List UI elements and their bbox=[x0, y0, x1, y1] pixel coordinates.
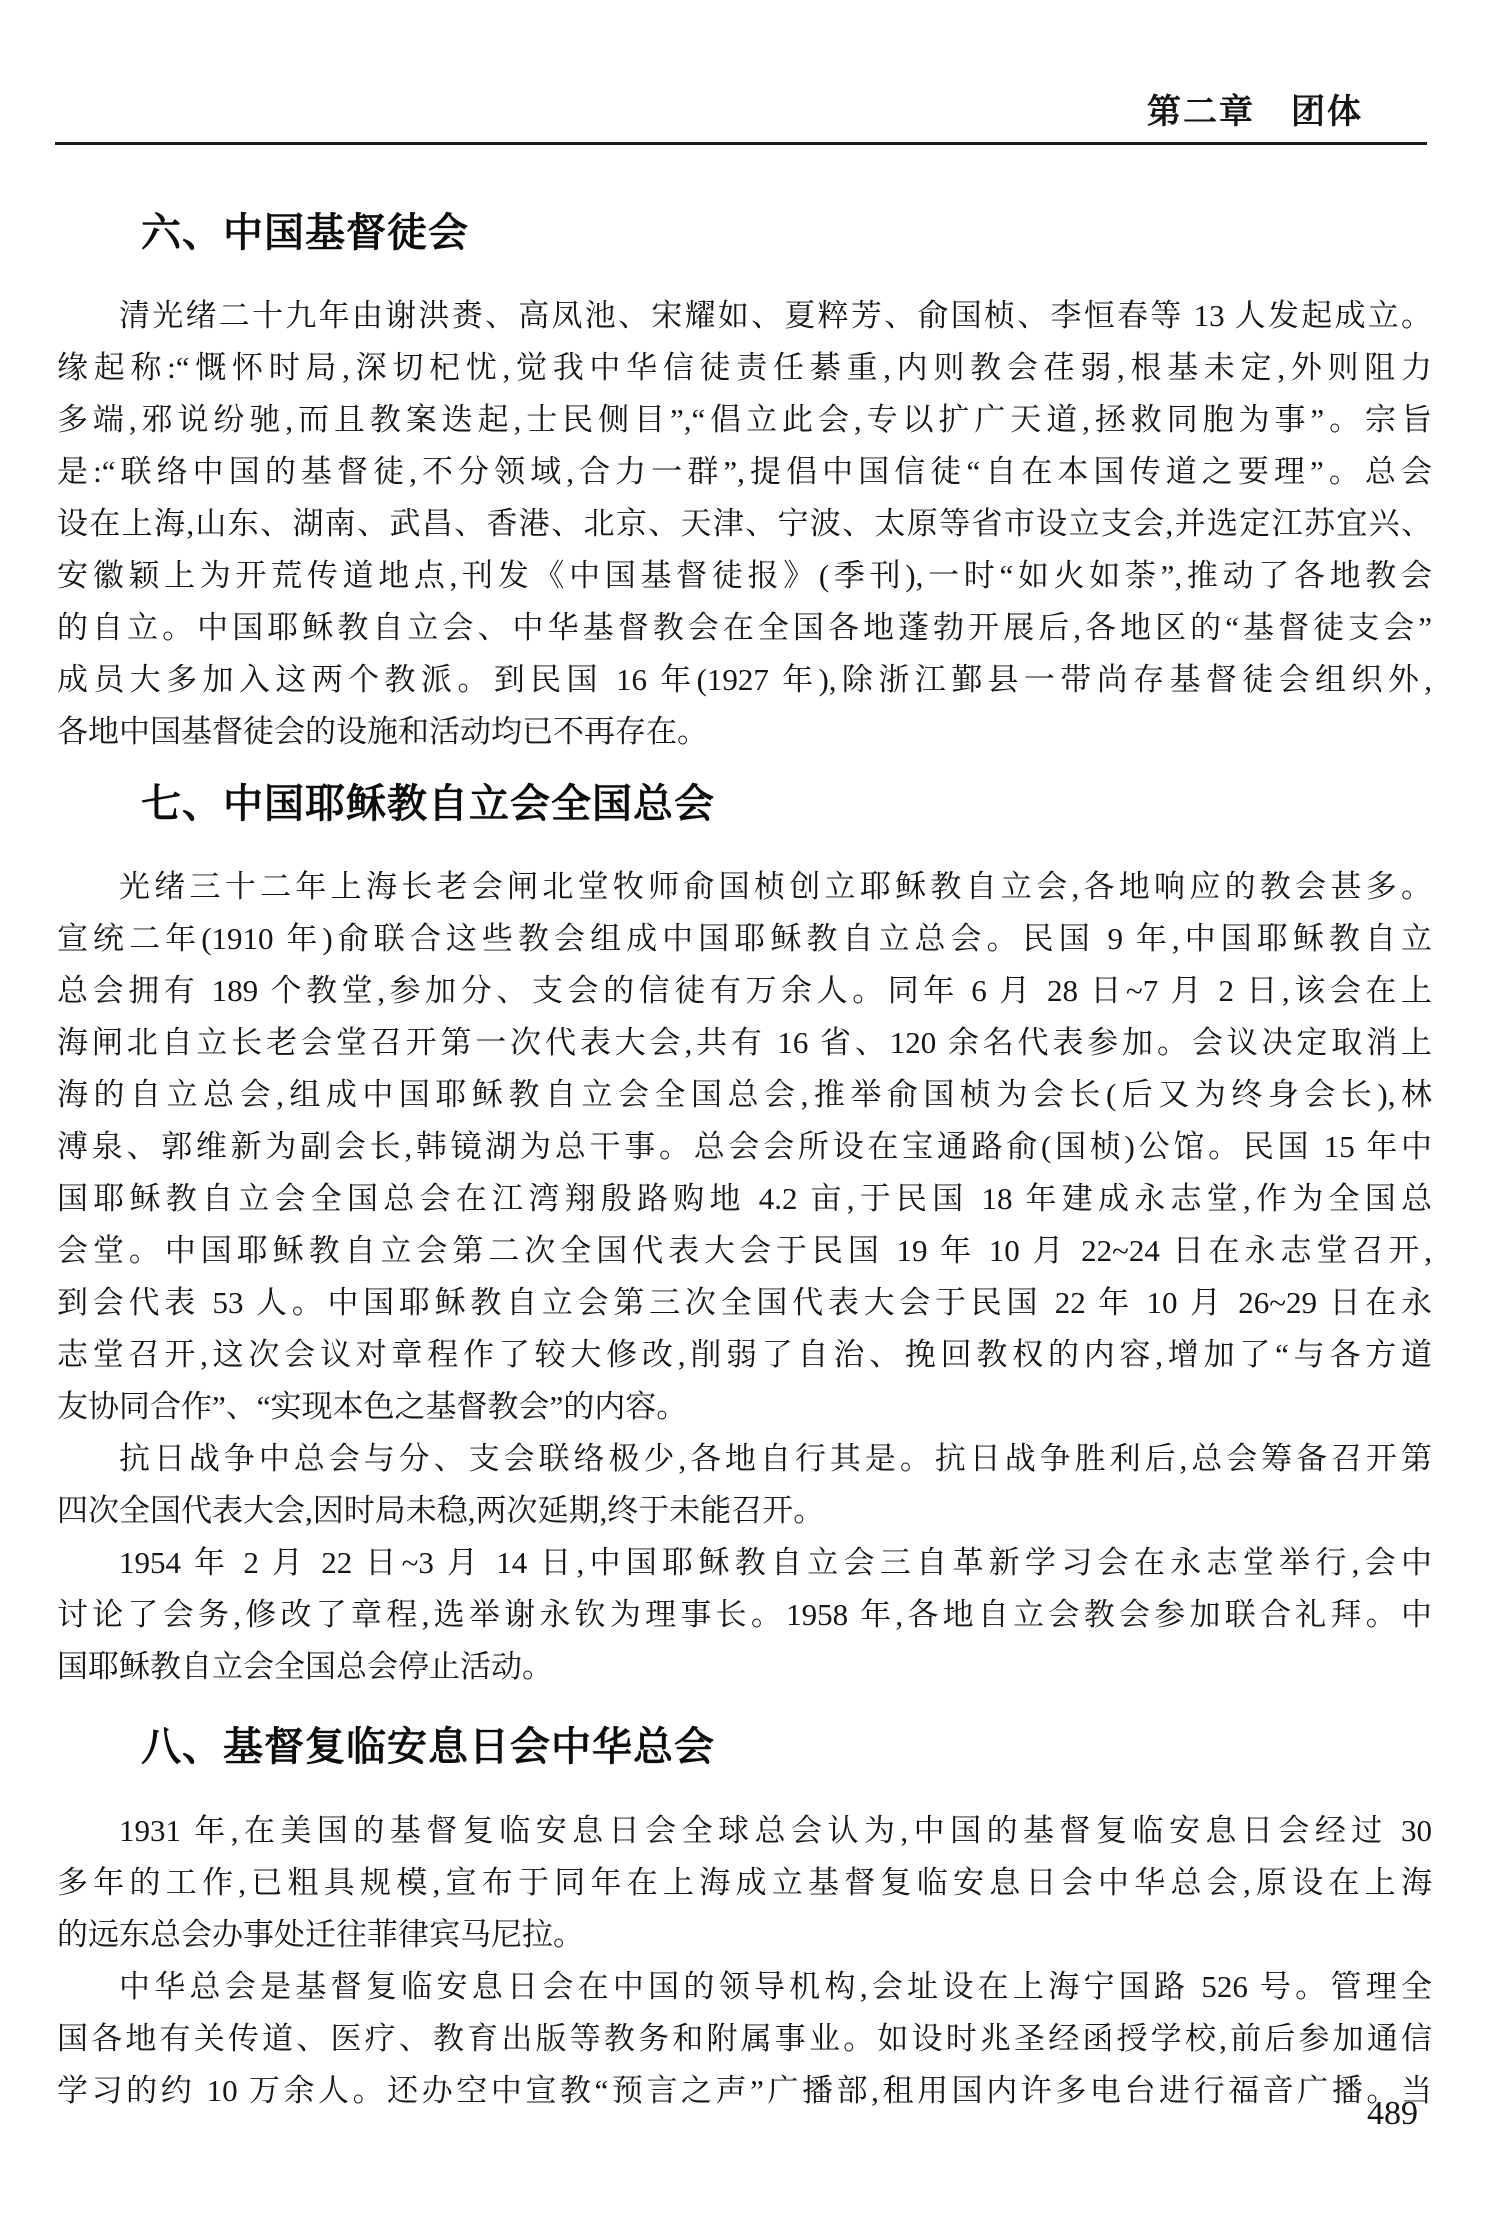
text-line: 四次全国代表大会,因时局未稳,两次延期,终于未能召开。 bbox=[57, 1485, 1432, 1537]
text-line: 的自立。中国耶稣教自立会、中华基督教会在全国各地蓬勃开展后,各地区的“基督徒支会… bbox=[57, 602, 1432, 654]
text-line: 安徽颖上为开荒传道地点,刊发《中国基督徒报》(季刊),一时“如火如荼”,推动了各… bbox=[57, 550, 1432, 602]
text-line: 设在上海,山东、湖南、武昌、香港、北京、天津、宁波、太原等省市设立支会,并选定江… bbox=[57, 498, 1432, 550]
page-number: 489 bbox=[1367, 2094, 1418, 2134]
text-line: 中华总会是基督复临安息日会在中国的领导机构,会址设在上海宁国路 526 号。管理… bbox=[57, 1961, 1432, 2013]
paragraph: 中华总会是基督复临安息日会在中国的领导机构,会址设在上海宁国路 526 号。管理… bbox=[57, 1961, 1432, 2117]
text-line: 清光绪二十九年由谢洪赉、高凤池、宋耀如、夏粹芳、俞国桢、李恒春等 13 人发起成… bbox=[57, 290, 1432, 342]
text-line: 抗日战争中总会与分、支会联络极少,各地自行其是。抗日战争胜利后,总会筹备召开第 bbox=[57, 1433, 1432, 1485]
text-line: 讨论了会务,修改了章程,选举谢永钦为理事长。1958 年,各地自立会教会参加联合… bbox=[57, 1589, 1432, 1641]
text-line: 友协同合作”、“实现本色之基督教会”的内容。 bbox=[57, 1381, 1432, 1433]
section-title: 八、基督复临安息日会中华总会 bbox=[57, 1723, 1432, 1771]
text-line: 到会代表 53 人。中国耶稣教自立会第三次全国代表大会于民国 22 年 10 月… bbox=[57, 1277, 1432, 1329]
paragraph: 清光绪二十九年由谢洪赉、高凤池、宋耀如、夏粹芳、俞国桢、李恒春等 13 人发起成… bbox=[57, 290, 1432, 758]
text-line: 1954 年 2 月 22 日~3 月 14 日,中国耶稣教自立会三自革新学习会… bbox=[57, 1537, 1432, 1589]
text-line: 国各地有关传道、医疗、教育出版等教务和附属事业。如设时兆圣经函授学校,前后参加通… bbox=[57, 2013, 1432, 2065]
text-line: 志堂召开,这次会议对章程作了较大修改,削弱了自治、挽回教权的内容,增加了“与各方… bbox=[57, 1329, 1432, 1381]
text-line: 国耶稣教自立会全国总会停止活动。 bbox=[57, 1641, 1432, 1693]
text-line: 溥泉、郭维新为副会长,韩镜湖为总干事。总会会所设在宝通路俞(国桢)公馆。民国 1… bbox=[57, 1121, 1432, 1173]
text-line: 缘起称:“慨怀时局,深切杞忧,觉我中华信徒责任綦重,内则教会荏弱,根基未定,外则… bbox=[57, 342, 1432, 394]
section-title: 七、中国耶稣教自立会全国总会 bbox=[57, 780, 1432, 828]
text-line: 海闸北自立长老会堂召开第一次代表大会,共有 16 省、120 余名代表参加。会议… bbox=[57, 1017, 1432, 1069]
text-line: 的远东总会办事处迁往菲律宾马尼拉。 bbox=[57, 1909, 1432, 1961]
text-line: 海的自立总会,组成中国耶稣教自立会全国总会,推举俞国桢为会长(后又为终身会长),… bbox=[57, 1069, 1432, 1121]
text-line: 总会拥有 189 个教堂,参加分、支会的信徒有万余人。同年 6 月 28 日~7… bbox=[57, 965, 1432, 1017]
text-line: 1931 年,在美国的基督复临安息日会全球总会认为,中国的基督复临安息日会经过 … bbox=[57, 1805, 1432, 1857]
paragraph: 1931 年,在美国的基督复临安息日会全球总会认为,中国的基督复临安息日会经过 … bbox=[57, 1805, 1432, 1961]
paragraph: 1954 年 2 月 22 日~3 月 14 日,中国耶稣教自立会三自革新学习会… bbox=[57, 1537, 1432, 1693]
text-line: 国耶稣教自立会全国总会在江湾翔殷路购地 4.2 亩,于民国 18 年建成永志堂,… bbox=[57, 1173, 1432, 1225]
book-page: 第二章 团体 六、中国基督徒会 清光绪二十九年由谢洪赉、高凤池、宋耀如、夏粹芳、… bbox=[0, 0, 1500, 2213]
section-title: 六、中国基督徒会 bbox=[57, 209, 1432, 257]
section-seven: 七、中国耶稣教自立会全国总会 光绪三十二年上海长老会闸北堂牧师俞国桢创立耶稣教自… bbox=[57, 780, 1432, 1693]
text-line: 各地中国基督徒会的设施和活动均已不再存在。 bbox=[57, 706, 1432, 758]
text-line: 成员大多加入这两个教派。到民国 16 年(1927 年),除浙江鄞县一带尚存基督… bbox=[57, 654, 1432, 706]
section-eight: 八、基督复临安息日会中华总会 1931 年,在美国的基督复临安息日会全球总会认为… bbox=[57, 1723, 1432, 2116]
section-six: 六、中国基督徒会 清光绪二十九年由谢洪赉、高凤池、宋耀如、夏粹芳、俞国桢、李恒春… bbox=[57, 209, 1432, 758]
text-line: 多端,邪说纷驰,而且教案迭起,士民侧目”,“倡立此会,专以扩广天道,拯救同胞为事… bbox=[57, 394, 1432, 446]
text-line: 会堂。中国耶稣教自立会第二次全国代表大会于民国 19 年 10 月 22~24 … bbox=[57, 1225, 1432, 1277]
paragraph: 光绪三十二年上海长老会闸北堂牧师俞国桢创立耶稣教自立会,各地响应的教会甚多。 宣… bbox=[57, 861, 1432, 1433]
text-line: 是:“联络中国的基督徒,不分领域,合力一群”,提倡中国信徒“自在本国传道之要理”… bbox=[57, 446, 1432, 498]
text-line: 宣统二年(1910 年)俞联合这些教会组成中国耶稣教自立总会。民国 9 年,中国… bbox=[57, 913, 1432, 965]
header-rule bbox=[55, 142, 1427, 145]
paragraph: 抗日战争中总会与分、支会联络极少,各地自行其是。抗日战争胜利后,总会筹备召开第 … bbox=[57, 1433, 1432, 1537]
text-line: 光绪三十二年上海长老会闸北堂牧师俞国桢创立耶稣教自立会,各地响应的教会甚多。 bbox=[57, 861, 1432, 913]
text-line: 学习的约 10 万余人。还办空中宣教“预言之声”广播部,租用国内许多电台进行福音… bbox=[57, 2065, 1432, 2117]
page-content: 六、中国基督徒会 清光绪二十九年由谢洪赉、高凤池、宋耀如、夏粹芳、俞国桢、李恒春… bbox=[57, 209, 1432, 2117]
text-line: 多年的工作,已粗具规模,宣布于同年在上海成立基督复临安息日会中华总会,原设在上海 bbox=[57, 1857, 1432, 1909]
running-header: 第二章 团体 bbox=[0, 0, 1500, 132]
